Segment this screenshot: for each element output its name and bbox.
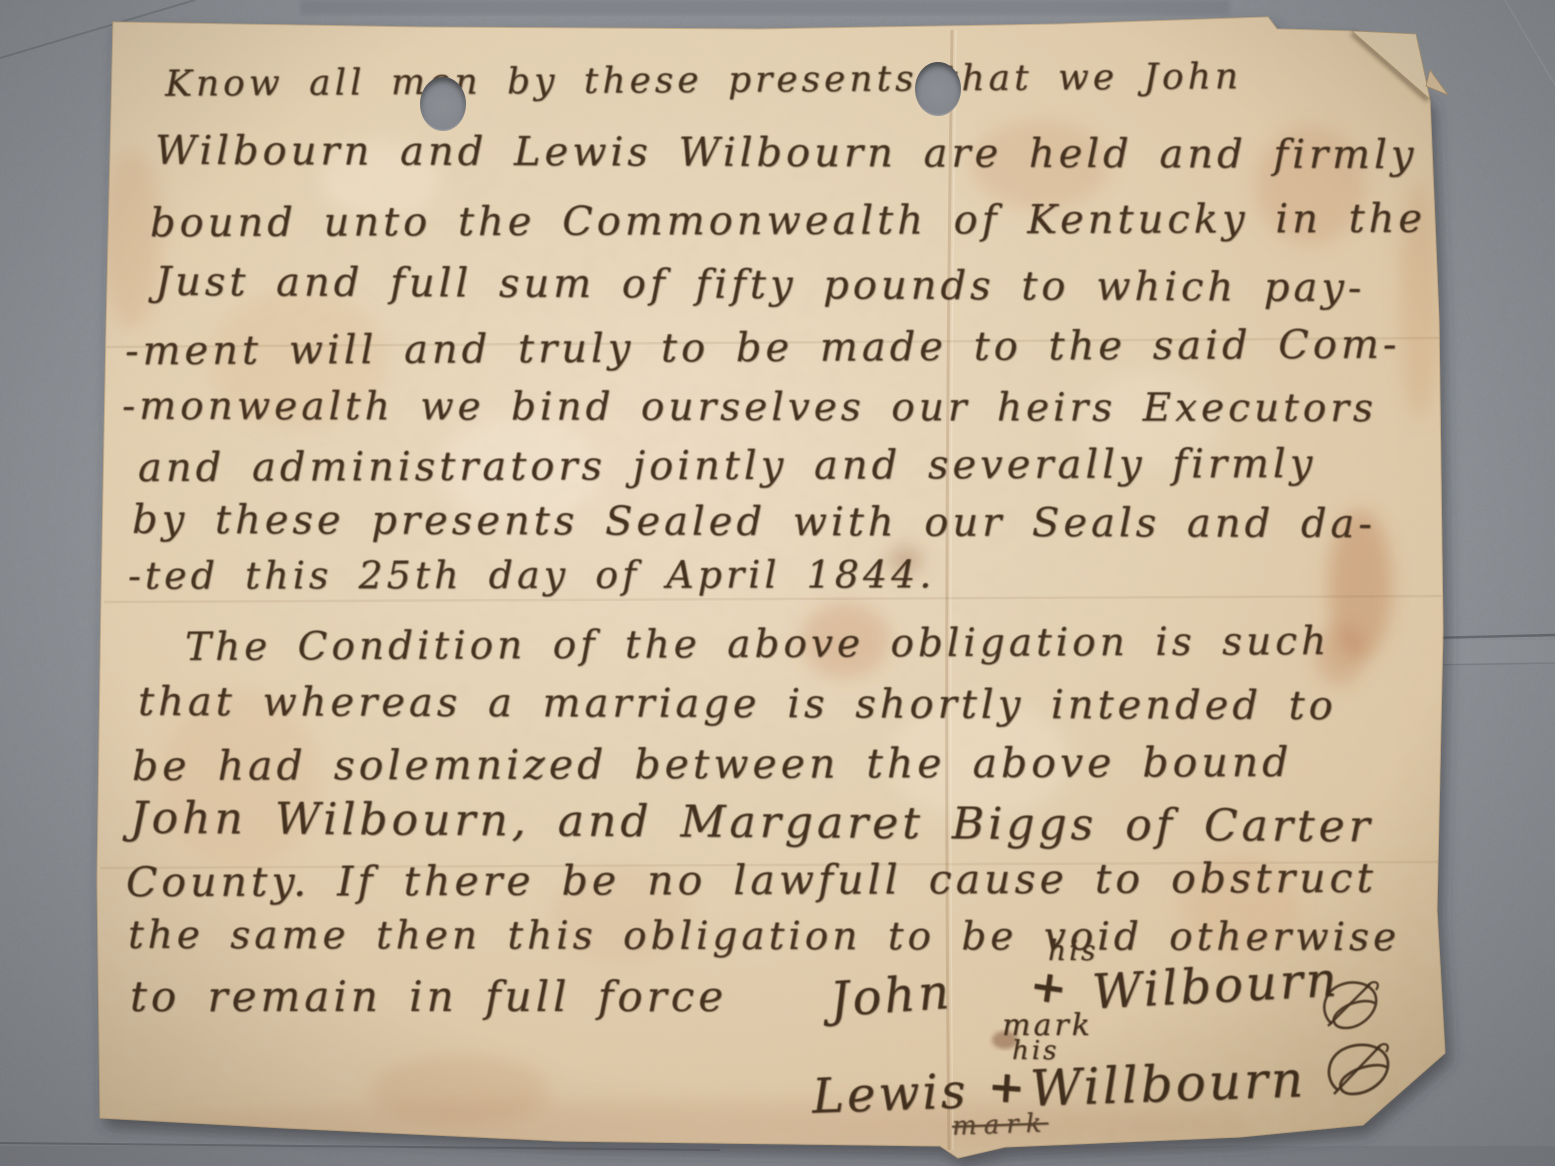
seal-flourish-icon — [1318, 978, 1384, 1034]
handwritten-line-14: County. If there be no lawfull cause to … — [126, 854, 1377, 906]
handwritten-line-15: the same then this obligation to be void… — [128, 913, 1400, 960]
handwritten-line-16: to remain in full force — [130, 972, 727, 1021]
handwritten-line-12: be had solemnized between the above boun… — [132, 738, 1293, 790]
punch-hole-right — [915, 62, 961, 116]
signature-lewis-surname: Willbourn — [1029, 1050, 1307, 1118]
signature-lewis-given: Lewis — [811, 1063, 969, 1124]
signature-john-given: John — [828, 964, 954, 1028]
handwritten-line-5: -ment will and truly to be made to the s… — [125, 322, 1401, 375]
handwritten-line-9: -ted this 25th day of April 1844. — [128, 552, 935, 597]
seal-flourish-icon — [1322, 1040, 1394, 1100]
photo-stage: Know all men by these presents that we J… — [0, 0, 1555, 1166]
handwritten-line-6: -monwealth we bind ourselves our heirs E… — [122, 384, 1377, 431]
handwritten-line-3: bound unto the Commonwealth of Kentucky … — [150, 196, 1426, 246]
handwriting-layer: Know all men by these presents that we J… — [0, 0, 1555, 1166]
signature-lewis-x-mark: + — [986, 1061, 1029, 1115]
handwritten-line-13: John Wilbourn, and Margaret Biggs of Car… — [130, 793, 1374, 853]
handwritten-line-1: Know all men by these presents that we J… — [165, 56, 1242, 105]
handwritten-line-8: by these presents Sealed with our Seals … — [132, 497, 1376, 547]
handwritten-line-2: Wilbourn and Lewis Wilbourn are held and… — [155, 128, 1418, 178]
handwritten-line-7: and administrators jointly and severally… — [138, 441, 1316, 491]
signature-john-surname: Wilbourn — [1091, 952, 1341, 1021]
handwritten-line-4: Just and full sum of fifty pounds to whi… — [155, 259, 1366, 311]
handwritten-line-11: that whereas a marriage is shortly inten… — [138, 679, 1337, 729]
punch-hole-left — [420, 77, 466, 131]
handwritten-line-10: The Condition of the above obligation is… — [185, 619, 1330, 670]
